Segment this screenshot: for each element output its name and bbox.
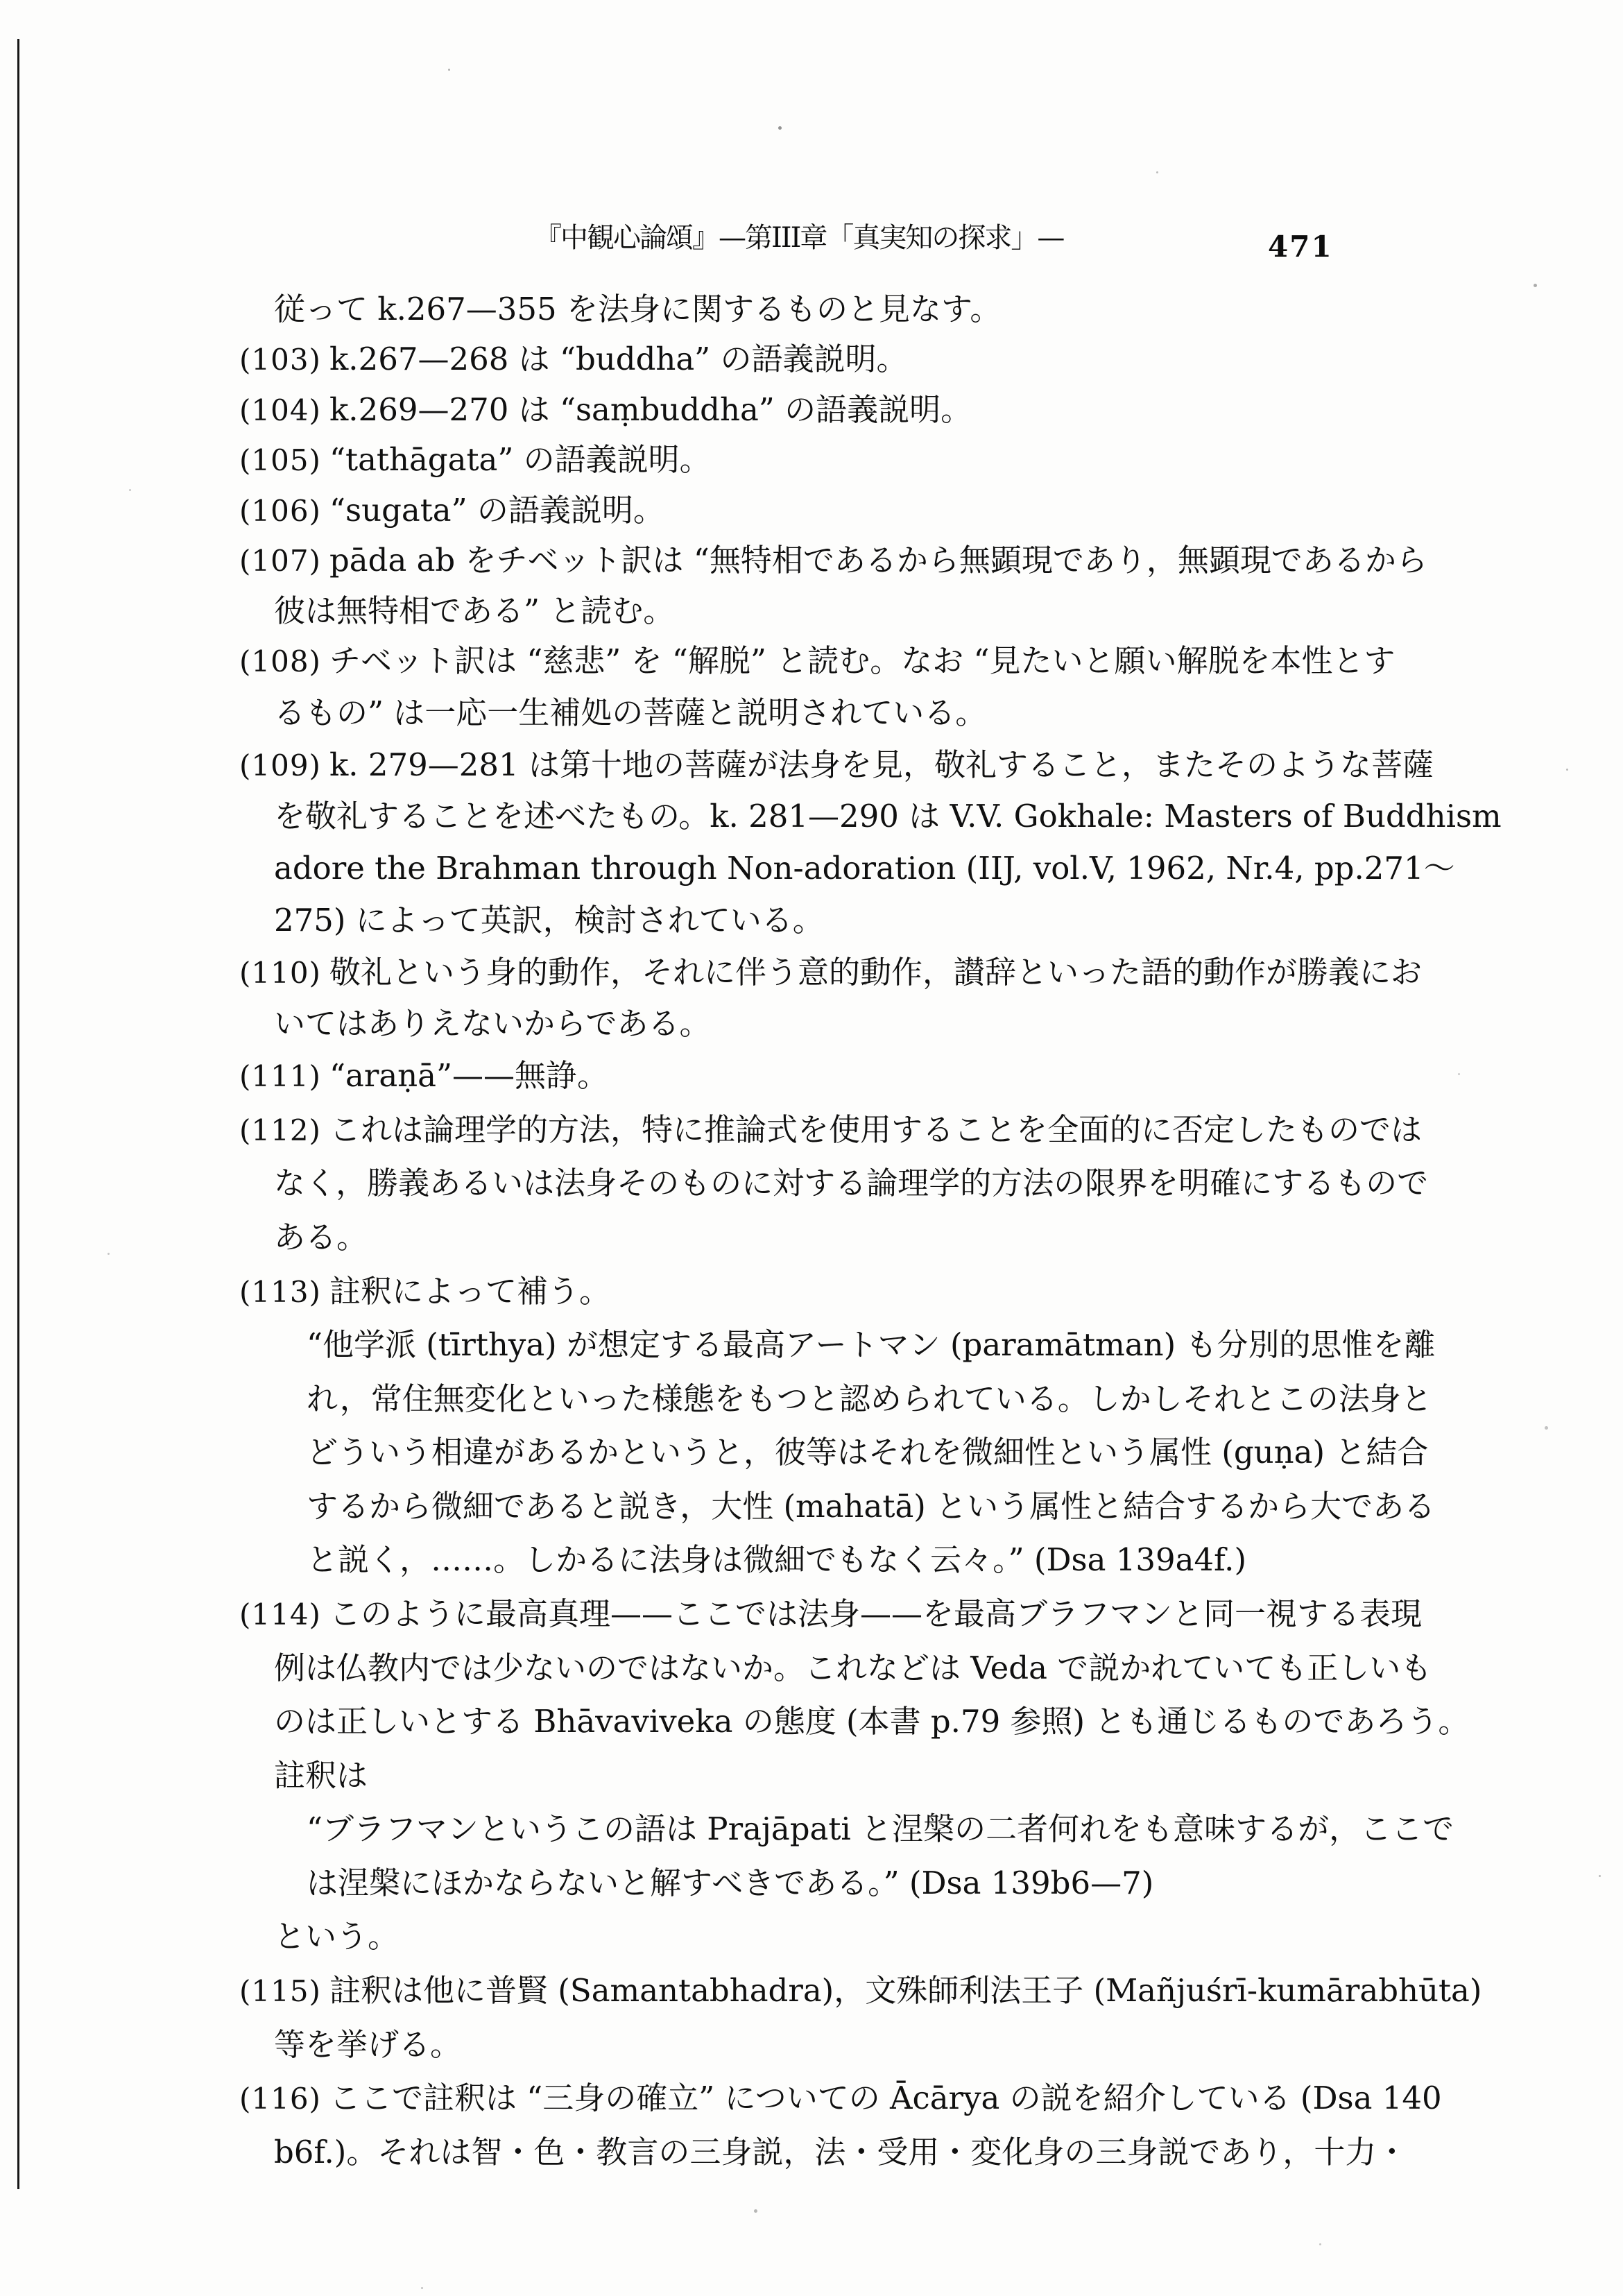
- footnote-line: (108)チベット訳は “慈悲” を “解脱” と読む。なお “見たいと願い解脱…: [239, 645, 1396, 676]
- footnote-continuation-line: 彼は無特相である” と読む。: [274, 595, 674, 626]
- footnote-number: (109): [239, 751, 329, 780]
- footnote-number: (111): [239, 1062, 329, 1091]
- footnote-line: (104)k.269—270 は “saṃbuddha” の語義説明。: [239, 394, 972, 425]
- quotation-line: “ブラフマンというこの語は Prajāpati と涅槃の二者何れをも意味するが，…: [307, 1813, 1454, 1844]
- footnote-line: (114)このように最高真理——ここでは法身——を最高ブラフマンと同一視する表現: [239, 1598, 1422, 1629]
- footnote-number: (103): [239, 345, 329, 375]
- quotation-line: するから微細であると説き，大性 (mahatā) という属性と結合するから大であ…: [307, 1491, 1435, 1522]
- running-header-title: 『中観心論頌』—第III章「真実知の探求」—: [534, 224, 1063, 252]
- footnote-number: (105): [239, 446, 329, 475]
- footnote-continuation-line: ある。: [274, 1222, 368, 1253]
- footnote-continuation-line: いてはありえないからである。: [274, 1008, 711, 1039]
- footnote-number: (104): [239, 396, 329, 425]
- scan-speckles: [0, 0, 2, 2]
- footnote-line: (105)“tathāgata” の語義説明。: [239, 444, 711, 475]
- quotation-line: どういう相違があるかというと，彼等はそれを微細性という属性 (guṇa) と結合: [307, 1437, 1428, 1468]
- footnote-line: (109)k. 279—281 は第十地の菩薩が法身を見，敬礼すること，またその…: [239, 749, 1434, 780]
- footnote-number: (116): [239, 2084, 329, 2114]
- footnote-continuation-line: を敬礼することを述べたもの。k. 281—290 は V.V. Gokhale:…: [274, 800, 1502, 832]
- footnote-continuation-line: b6f.)。それは智・色・教言の三身説，法・受用・変化身の三身説であり，十力・: [274, 2136, 1407, 2168]
- footnote-number: (115): [239, 1977, 329, 2006]
- footnote-line: (103)k.267—268 は “buddha” の語義説明。: [239, 343, 908, 375]
- footnote-continuation-line: のは正しいとする Bhāvaviveka の態度 (本書 p.79 参照) とも…: [274, 1706, 1469, 1737]
- footnote-number: (107): [239, 547, 329, 576]
- footnote-line: (107)pāda ab をチベット訳は “無特相であるから無顕現であり，無顕現…: [239, 545, 1427, 576]
- footnote-number: (114): [239, 1600, 329, 1629]
- footnote-number: (110): [239, 959, 329, 988]
- footnote-line: (110)敬礼という身的動作，それに伴う意的動作，讃辞といった語的動作が勝義にお: [239, 957, 1422, 988]
- footnote-continuation-line: 註釈は: [274, 1760, 368, 1791]
- quotation-line: と説く，……。しかるに法身は微細でもなく云々。” (Dsa 139a4f.): [307, 1544, 1246, 1575]
- footnote-continuation-line: 例は仏教内では少ないのではないか。これなどは Veda で説かれていても正しいも: [274, 1652, 1432, 1684]
- footnote-continuation-line: るもの” は一応一生補処の菩薩と説明されている。: [274, 697, 986, 728]
- footnote-number: (113): [239, 1278, 329, 1307]
- scanned-page: 『中観心論頌』—第III章「真実知の探求」— 471 従って k.267—355…: [0, 0, 1623, 2296]
- footnote-line: (113)註釈によって補う。: [239, 1276, 610, 1307]
- footnote-number: (108): [239, 647, 329, 676]
- page-number: 471: [1268, 232, 1333, 262]
- footnote-continuation-line: adore the Brahman through Non-adoration …: [274, 853, 1455, 884]
- footnote-continuation-line: という。: [274, 1921, 399, 1952]
- footnote-line: (115)註釈は他に普賢 (Samantabhadra)，文殊師利法王子 (Ma…: [239, 1975, 1482, 2006]
- footnote-continuation-line: 275) によって英訳，検討されている。: [274, 905, 824, 936]
- footnote-number: (112): [239, 1116, 329, 1145]
- footnote-line: (106)“sugata” の語義説明。: [239, 495, 664, 526]
- footnote-line: (112)これは論理学的方法，特に推論式を使用することを全面的に否定したものでは: [239, 1114, 1422, 1145]
- footnote-number: (106): [239, 497, 329, 526]
- page-edge-binding-line: [17, 39, 19, 2189]
- footnote-continuation-line: なく，勝義あるいは法身そのものに対する論理学的方法の限界を明確にするもので: [274, 1167, 1428, 1199]
- footnote-line: (116)ここで註釈は “三身の確立” についての Ācārya の説を紹介して…: [239, 2082, 1442, 2114]
- footnote-continuation-line: 等を挙げる。: [274, 2029, 461, 2060]
- paragraph-line: 従って k.267—355 を法身に関するものと見なす。: [274, 293, 1001, 325]
- quotation-line: は涅槃にほかならないと解すべきである。” (Dsa 139b6—7): [307, 1867, 1153, 1899]
- footnote-line: (111)“araṇā”——無諍。: [239, 1060, 608, 1091]
- quotation-line: “他学派 (tīrthya) が想定する最高アートマン (paramātman)…: [307, 1329, 1435, 1360]
- quotation-line: れ，常住無変化といった様態をもつと認められている。しかしそれとこの法身と: [307, 1383, 1432, 1414]
